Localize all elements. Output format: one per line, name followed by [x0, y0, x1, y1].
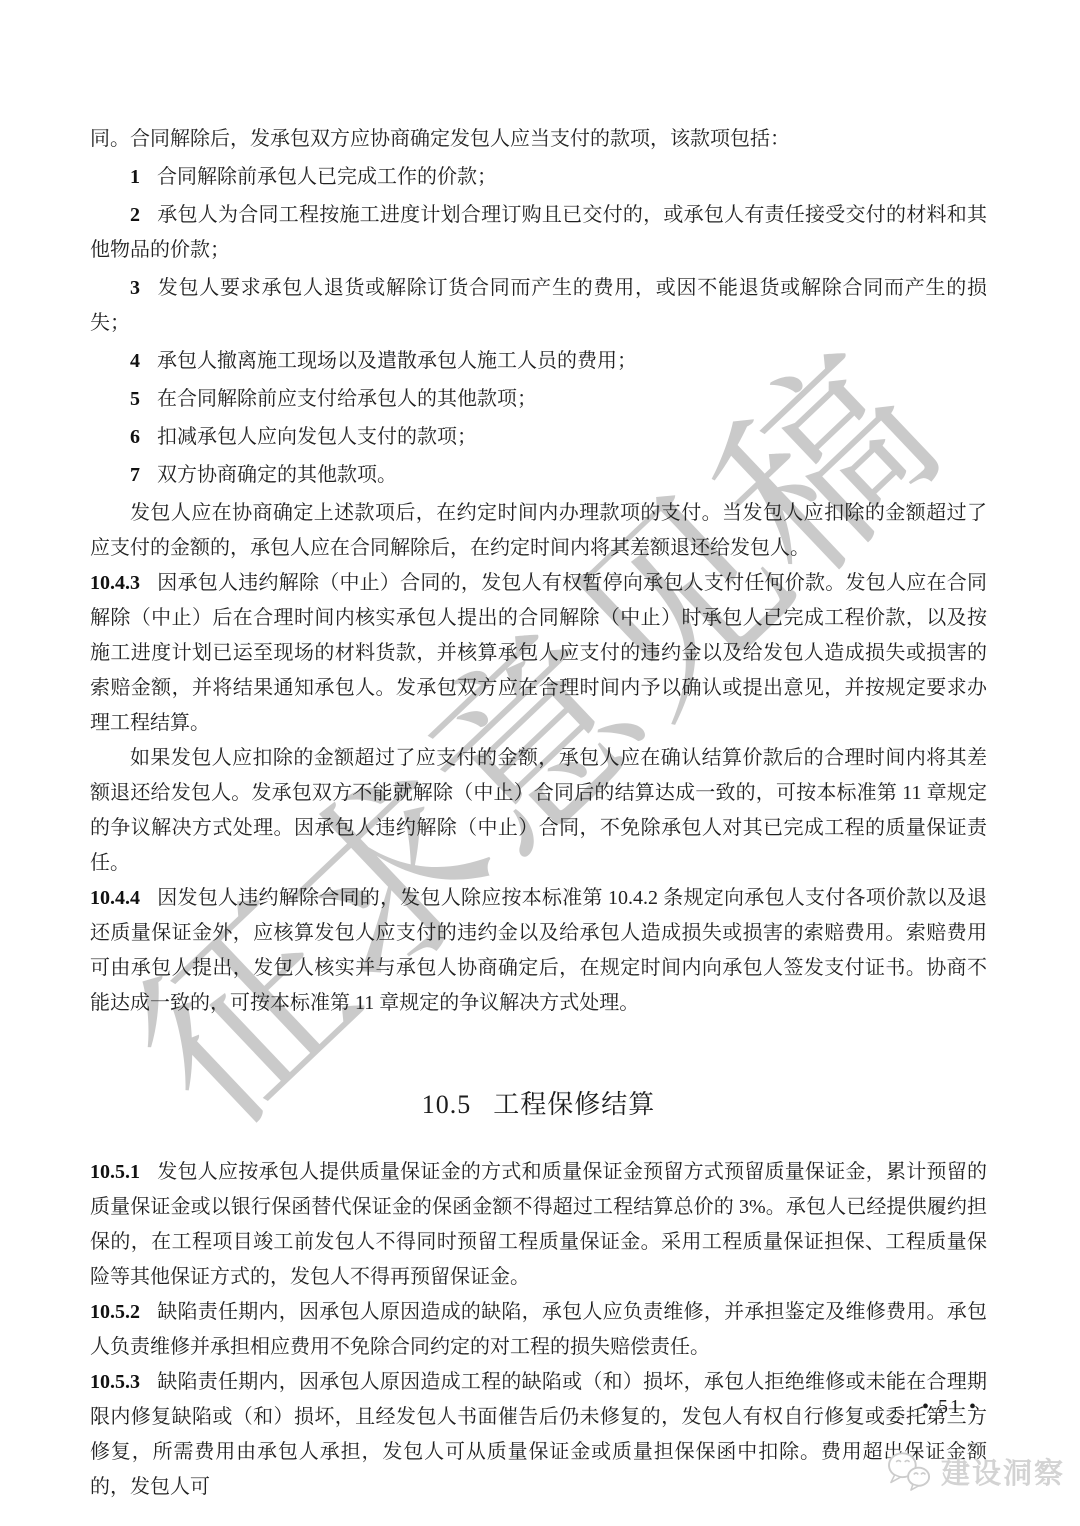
clause-number: 10.5.2	[90, 1301, 140, 1323]
list-item: 1合同解除前承包人已完成工作的价款；	[90, 160, 987, 195]
item-number: 2	[130, 204, 140, 226]
item-number: 7	[130, 464, 140, 486]
item-number: 1	[130, 166, 140, 188]
clause-number: 10.4.4	[90, 887, 140, 909]
text-run: 在合同解除前应支付给承包人的其他款项；	[157, 388, 537, 410]
text-run: 因承包人违约解除（中止）合同的，发包人有权暂停向承包人支付任何价款。发包人应在合…	[90, 572, 987, 734]
list-item: 6扣减承包人应向发包人支付的款项；	[90, 420, 987, 455]
paragraph: 同。合同解除后，发承包双方应协商确定发包人应当支付的款项，该款项包括：	[90, 122, 987, 157]
document-page: 征求意见稿 同。合同解除后，发承包双方应协商确定发包人应当支付的款项，该款项包括…	[0, 0, 1080, 1526]
publisher-logo-text: 建设洞察	[941, 1451, 1065, 1492]
item-number: 5	[130, 388, 140, 410]
clause-paragraph: 10.5.1发包人应按承包人提供质量保证金的方式和质量保证金预留方式预留质量保证…	[90, 1155, 987, 1295]
section-title: 工程保修结算	[493, 1090, 655, 1119]
paragraph: 发包人应在协商确定上述款项后，在约定时间内办理款项的支付。当发包人应扣除的金额超…	[90, 496, 987, 566]
page-number: • 51 •	[870, 1396, 1030, 1419]
text-run: 承包人为合同工程按施工进度计划合理订购且已交付的，或承包人有责任接受交付的材料和…	[90, 204, 987, 261]
clause-paragraph: 10.5.3缺陷责任期内，因承包人原因造成工程的缺陷或（和）损坏，承包人拒绝维修…	[90, 1365, 987, 1505]
text-run: 扣减承包人应向发包人支付的款项；	[157, 426, 477, 448]
clause-paragraph: 10.4.4因发包人违约解除合同的，发包人除应按本标准第 10.4.2 条规定向…	[90, 881, 987, 1021]
wechat-bubbles-icon	[886, 1450, 934, 1492]
clause-number: 10.5.3	[90, 1371, 140, 1393]
paragraph: 如果发包人应扣除的金额超过了应支付的金额，承包人应在确认结算价款后的合理时间内将…	[90, 741, 987, 881]
list-item: 5在合同解除前应支付给承包人的其他款项；	[90, 382, 987, 417]
text-run: 缺陷责任期内，因承包人原因造成工程的缺陷或（和）损坏，承包人拒绝维修或未能在合理…	[90, 1371, 987, 1498]
text-run: 如果发包人应扣除的金额超过了应支付的金额，承包人应在确认结算价款后的合理时间内将…	[90, 747, 987, 874]
item-number: 4	[130, 350, 140, 372]
clause-paragraph: 10.5.2缺陷责任期内，因承包人原因造成的缺陷，承包人应负责维修，并承担鉴定及…	[90, 1295, 987, 1365]
clause-paragraph: 10.4.3因承包人违约解除（中止）合同的，发包人有权暂停向承包人支付任何价款。…	[90, 566, 987, 741]
clause-number: 10.5.1	[90, 1161, 140, 1183]
list-item: 4承包人撤离施工现场以及遣散承包人施工人员的费用；	[90, 344, 987, 379]
item-number: 3	[130, 277, 140, 299]
text-run: 同。合同解除后，发承包双方应协商确定发包人应当支付的款项，该款项包括：	[90, 128, 790, 150]
section-number: 10.5	[422, 1090, 472, 1119]
text-run: 发包人应按承包人提供质量保证金的方式和质量保证金预留方式预留质量保证金，累计预留…	[90, 1161, 987, 1288]
text-run: 承包人撤离施工现场以及遣散承包人施工人员的费用；	[157, 350, 637, 372]
section-heading: 10.5工程保修结算	[90, 1085, 987, 1125]
list-item: 2承包人为合同工程按施工进度计划合理订购且已交付的，或承包人有责任接受交付的材料…	[90, 198, 987, 268]
text-run: 发包人应在协商确定上述款项后，在约定时间内办理款项的支付。当发包人应扣除的金额超…	[90, 502, 987, 559]
item-number: 6	[130, 426, 140, 448]
text-run: 合同解除前承包人已完成工作的价款；	[157, 166, 497, 188]
text-run: 双方协商确定的其他款项。	[157, 464, 397, 486]
text-run: 因发包人违约解除合同的，发包人除应按本标准第 10.4.2 条规定向承包人支付各…	[90, 887, 987, 1014]
text-run: 缺陷责任期内，因承包人原因造成的缺陷，承包人应负责维修，并承担鉴定及维修费用。承…	[90, 1301, 987, 1358]
list-item: 7双方协商确定的其他款项。	[90, 458, 987, 493]
publisher-logo: 建设洞察	[886, 1450, 1065, 1492]
list-item: 3发包人要求承包人退货或解除订货合同而产生的费用，或因不能退货或解除合同而产生的…	[90, 271, 987, 341]
text-run: 发包人要求承包人退货或解除订货合同而产生的费用，或因不能退货或解除合同而产生的损…	[90, 277, 987, 334]
clause-number: 10.4.3	[90, 572, 140, 594]
document-body: 同。合同解除后，发承包双方应协商确定发包人应当支付的款项，该款项包括：1合同解除…	[90, 122, 987, 1505]
